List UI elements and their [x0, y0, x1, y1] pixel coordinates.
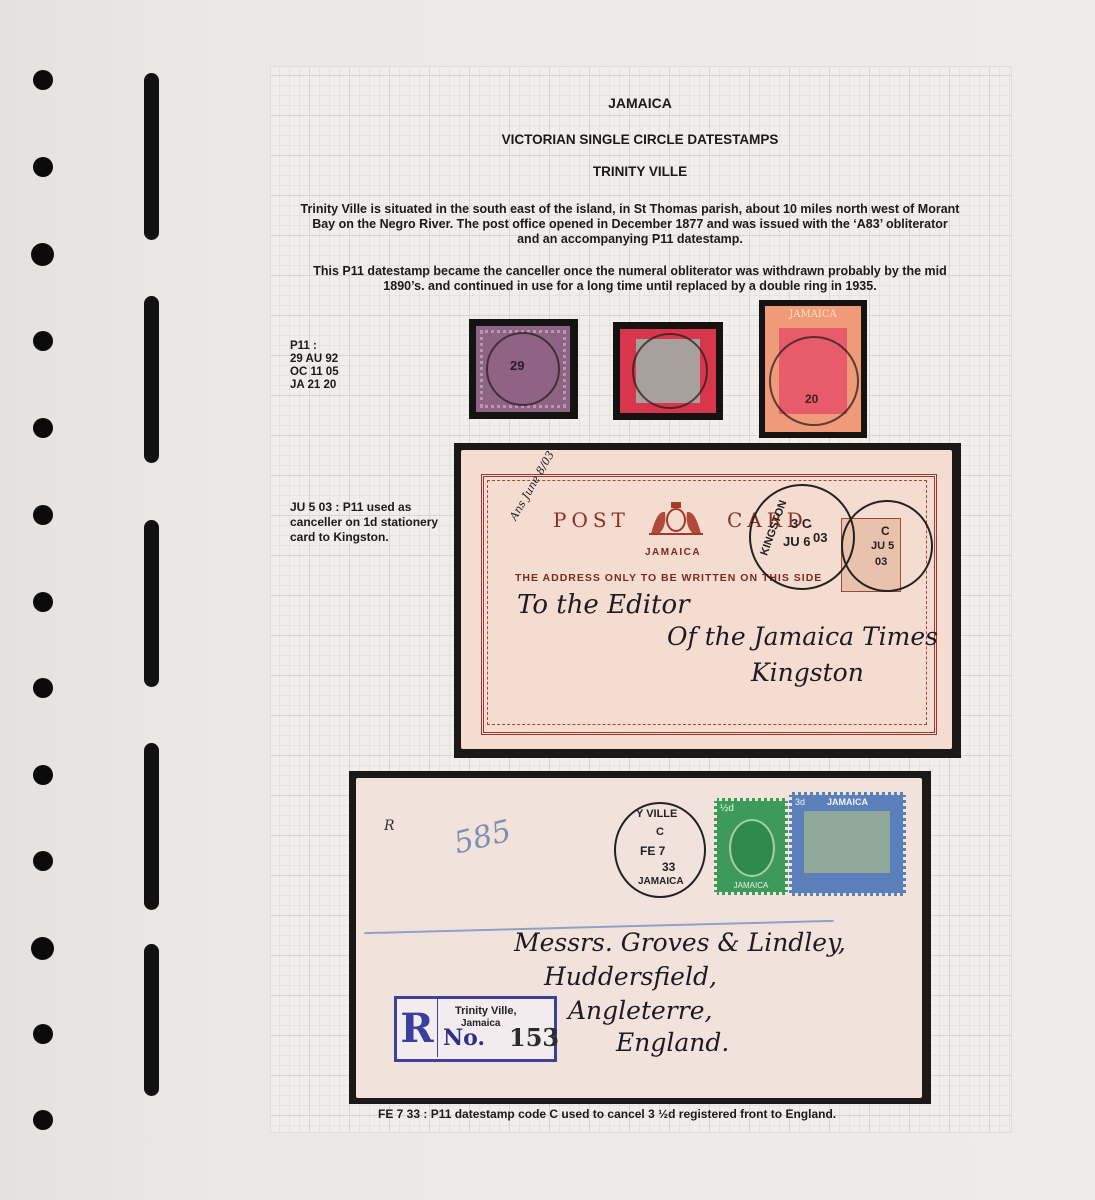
trinity-ville-datestamp: C JU 5 03: [841, 500, 933, 592]
registration-no-label: No.: [443, 1025, 485, 1051]
stamp-threepence-blue: JAMAICA 3d: [789, 792, 906, 896]
blue-pencil-number: 585: [451, 814, 515, 862]
postcard-caption: JU 5 03 : P11 used as canceller on 1d st…: [290, 500, 455, 545]
binder-hole: [33, 1024, 53, 1044]
binder-hole: [33, 157, 53, 177]
stamp-country: JAMAICA: [765, 309, 861, 320]
postmark-date: 29: [510, 358, 524, 373]
stamp-halfpenny-green: ½d JAMAICA: [714, 798, 788, 895]
date-3: JA 21 20: [290, 379, 339, 392]
postmark-date: 20: [805, 392, 818, 406]
binder-slot: [144, 743, 159, 910]
binder-slot: [144, 296, 159, 463]
page-title: JAMAICA: [270, 95, 1010, 111]
date-1: 29 AU 92: [290, 353, 339, 366]
postcard: POST CARD. JAMAICA THE ADDRESS ONLY TO B…: [461, 450, 952, 749]
binder-hole: [33, 851, 53, 871]
page-subtitle: VICTORIAN SINGLE CIRCLE DATESTAMPS: [270, 132, 1010, 147]
location-heading: TRINITY VILLE: [270, 164, 1010, 179]
binder-slot: [144, 944, 159, 1096]
address-line-1: To the Editor: [517, 590, 690, 620]
binder-slot: [144, 520, 159, 687]
registration-number: 153: [509, 1023, 559, 1052]
address-line-3: Angleterre,: [568, 996, 712, 1025]
binder-hole: [33, 765, 53, 785]
binder-hole: [33, 678, 53, 698]
binder-hole: [31, 243, 54, 266]
address-line-1: Messrs. Groves & Lindley,: [514, 928, 846, 957]
album-sheet: JAMAICA VICTORIAN SINGLE CIRCLE DATESTAM…: [0, 0, 1095, 1200]
binder-slot: [144, 73, 159, 240]
binder-hole: [31, 937, 54, 960]
postmark-circle: [769, 336, 859, 426]
stamp-orange-jamaica: JAMAICA 20: [765, 306, 861, 432]
address-line-3: Kingston: [751, 658, 864, 687]
binder-hole: [33, 505, 53, 525]
second-paragraph: This P11 datestamp became the canceller …: [300, 264, 960, 294]
address-line-4: England.: [616, 1028, 729, 1057]
binder-hole: [33, 70, 53, 90]
card-country: JAMAICA: [645, 547, 701, 558]
registration-town: Trinity Ville,: [455, 1005, 517, 1017]
stamp-purple-victoria: 29: [476, 326, 570, 412]
p11-label: P11 :: [290, 340, 339, 353]
binder-hole: [33, 418, 53, 438]
registration-label: R Trinity Ville, Jamaica No. 153: [394, 996, 557, 1062]
postmark-circle: [632, 333, 708, 409]
registration-letter: R: [397, 999, 438, 1057]
address-line-2: Of the Jamaica Times: [667, 622, 938, 651]
cover-caption: FE 7 33 : P11 datestamp code C used to c…: [378, 1107, 836, 1121]
card-heading-post: POST: [553, 508, 630, 532]
binder-hole: [33, 331, 53, 351]
binder-hole: [33, 592, 53, 612]
registered-cover: R 585 Y VILLE C FE 7 33 JAMAICA ½d JAMAI…: [356, 778, 922, 1098]
stamp-red-arms: [620, 329, 716, 413]
kingston-datestamp: 3 C JU 6 03 KINGSTON: [749, 484, 855, 590]
trinity-ville-datestamp: Y VILLE C FE 7 33 JAMAICA: [614, 802, 706, 898]
stamps-label: P11 : 29 AU 92 OC 11 05 JA 21 20: [290, 340, 339, 392]
address-line-2: Huddersfield,: [544, 962, 717, 991]
binder-hole: [33, 1110, 53, 1130]
intro-paragraph: Trinity Ville is situated in the south e…: [300, 202, 960, 247]
pencil-mark: R: [384, 818, 395, 834]
coat-of-arms-icon: [647, 500, 705, 536]
date-2: OC 11 05: [290, 366, 339, 379]
